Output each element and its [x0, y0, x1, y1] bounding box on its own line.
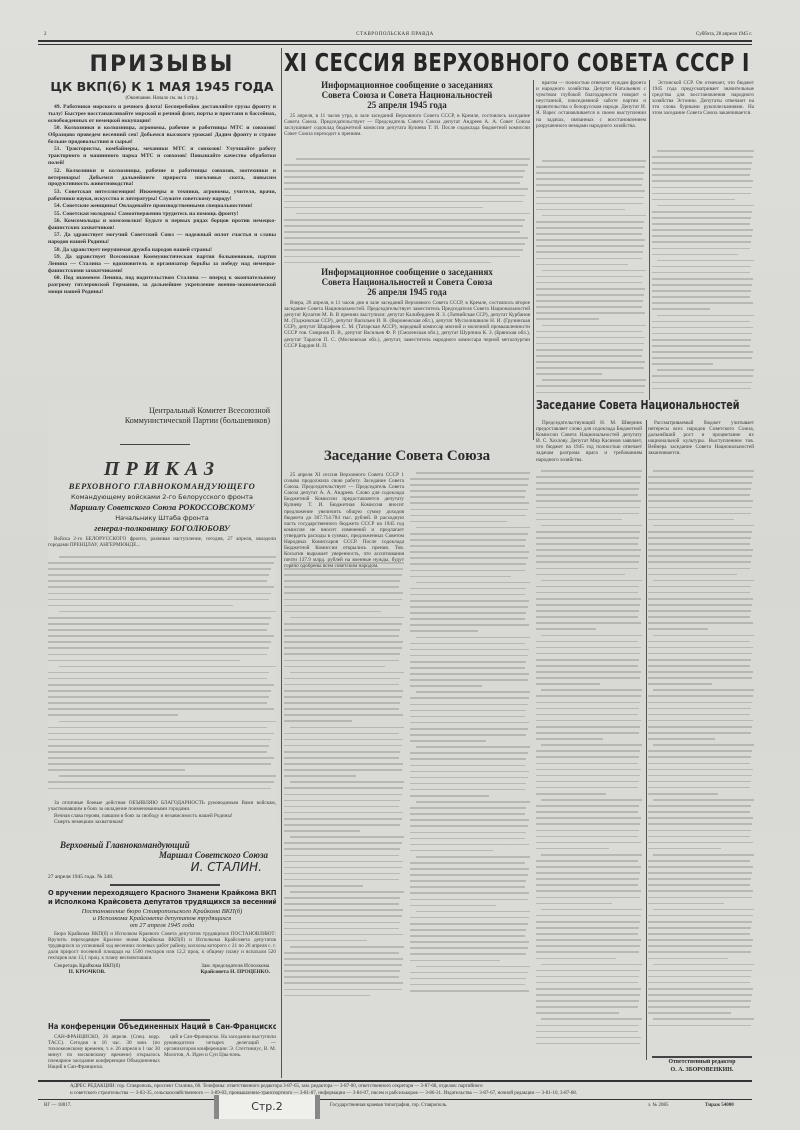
divider	[120, 1019, 210, 1021]
session-union-col-1	[284, 562, 404, 1002]
header-rule	[38, 40, 752, 42]
sig-left-name: П. КРЮЧКОВ.	[54, 969, 120, 975]
appeal-item: 57. Да здравствует могучий Советский Сою…	[48, 232, 276, 246]
far-right-top-text: Эстонской ССР. Он отмечает, что бюджет 1…	[652, 80, 754, 117]
conference-col-1: САН-ФРАНЦИСКО, 26 апреля. (Спец. корр. Т…	[48, 1034, 160, 1071]
appeal-item: 55. Советская молодежь! Самоотверженно т…	[48, 211, 276, 218]
info-1-block: Информационное сообщение о заседаниях Со…	[284, 80, 530, 270]
order-opening-text: Войска 2-го БЕЛОРУССКОГО фронта, развива…	[48, 536, 276, 548]
far-right-top: Эстонской ССР. Он отмечает, что бюджет 1…	[652, 80, 754, 117]
info-2-title-3: 26 апреля 1945 года	[284, 287, 530, 297]
appeal-item: 59. Да здравствует Всесоюзная Коммунисти…	[48, 254, 276, 275]
editor-block: Ответственный редактор О. А. ЗБОРОВЕНКИН…	[652, 1059, 752, 1081]
order-line5: генерал-полковнику БОГОЛЮБОВУ	[48, 523, 276, 533]
session-nat-left-continued	[536, 470, 642, 1050]
order-opening: Войска 2-го БЕЛОРУССКОГО фронта, развива…	[48, 536, 276, 548]
info-1-body-continued	[284, 158, 530, 268]
order-body-text	[48, 556, 276, 796]
mid-right-top-text: врагом — полностью отвечает нуждам фронт…	[536, 80, 646, 129]
banner-body: Бюро Крайкома ВКП(б) и Исполком Краевого…	[48, 931, 276, 961]
info-1-body: 25 апреля, в 11 часов утра, в зале засед…	[284, 113, 530, 137]
appeal-item: 53. Советская интеллигенция! Инженеры и …	[48, 189, 276, 203]
banner-sig-left: Секретарь Крайкома ВКП(б) П. КРЮЧКОВ.	[54, 963, 120, 975]
info-2-body-text: Вчера, 26 апреля, в 11 часов дня в зале …	[284, 300, 530, 349]
session-nat-right: Рассматриваемый бюджет учитывает интерес…	[648, 420, 754, 457]
appeal-item: 51. Трактористы, комбайнеры, механики МТ…	[48, 146, 276, 167]
conference-col-2: ций в Сан-Франциско. На заседании выступ…	[164, 1034, 276, 1071]
session-nat-title-block: Заседание Совета Национальностей	[536, 398, 754, 420]
appeal-item: 49. Работники морского и речного флота! …	[48, 104, 276, 125]
appeals-signature-2: Коммунистической Партии (большевиков)	[48, 416, 276, 425]
column-rule	[533, 80, 534, 440]
far-right-continued	[652, 150, 754, 400]
info-2-block: Информационное сообщение о заседаниях Со…	[284, 267, 530, 457]
appeal-item: 52. Колхозники и колхозницы, рабочие и р…	[48, 168, 276, 189]
sig-right-name: Крайсовета Н. ПРОЦЕНКО.	[200, 969, 270, 975]
newspaper-name: СТАВРОПОЛЬСКАЯ ПРАВДА	[38, 32, 752, 37]
banner-block: О вручении переходящего Красного Знамени…	[48, 888, 276, 1018]
order-line3: Маршалу Советского Союза РОКОССОВСКОМУ	[48, 502, 276, 512]
info-1-body-text: 25 апреля, в 11 часов утра, в зале засед…	[284, 113, 530, 137]
appeals-subtitle: ЦК ВКП(б) К 1 МАЯ 1945 ГОДА	[48, 79, 276, 94]
footer-circulation: Тираж 54000	[705, 1103, 734, 1108]
column-rule	[646, 420, 647, 1060]
session-nat-title: Заседание Совета Национальностей	[536, 398, 710, 412]
info-1-title-2: Совета Союза и Совета Национальностей	[284, 90, 530, 100]
session-union-col-2	[410, 472, 530, 1002]
column-rule	[649, 80, 650, 400]
conference-col-1-text: САН-ФРАНЦИСКО, 26 апреля. (Спец. корр. Т…	[48, 1034, 160, 1071]
order-sign-title2: Маршал Советского Союза	[48, 850, 276, 860]
banner-title-1: О вручении переходящего Красного Знамени…	[48, 888, 276, 897]
banner-title-2: и Исполкома Крайсовета депутатов трудящи…	[48, 897, 276, 906]
order-closing-2: Вечная слава героям, павшим в боях за св…	[48, 813, 276, 819]
appeals-signature-block: Центральный Комитет Всесоюзной Коммунист…	[48, 398, 276, 458]
session-union-text-p: 25 апреля XI сессия Верховного Совета СС…	[284, 472, 404, 570]
order-sign-name: И. СТАЛИН.	[48, 860, 276, 874]
order-closing-3: Смерть немецким захватчикам!	[48, 819, 276, 825]
footer-rule-thin	[38, 1099, 752, 1100]
appeals-list: 49. Работники морского и речного флота! …	[48, 104, 276, 296]
banner-body-text: Бюро Крайкома ВКП(б) и Исполком Краевого…	[48, 931, 276, 961]
appeal-item: 54. Советские женщины! Овладевайте произ…	[48, 203, 276, 210]
main-headline: XI СЕССИЯ ВЕРХОВНОГО СОВЕТА СССР I СОЗЫВ…	[284, 48, 655, 77]
banner-sub-1: Постановление бюро Ставропольского Крайк…	[48, 908, 276, 915]
divider	[120, 444, 190, 445]
footer-rule	[38, 1080, 752, 1082]
conference-block: На конференции Объединенных Наций в Сан-…	[48, 1022, 276, 1078]
session-nat-right-continued	[648, 470, 754, 1032]
mid-right-column: врагом — полностью отвечает нуждам фронт…	[536, 80, 646, 400]
banner-sub-3: от 27 апреля 1945 года	[48, 922, 276, 929]
order-line1: ВЕРХОВНОГО ГЛАВНОКОМАНДУЮЩЕГО	[48, 481, 276, 491]
conference-col-2-text: ций в Сан-Франциско. На заседании выступ…	[164, 1034, 276, 1058]
main-headline-block: XI СЕССИЯ ВЕРХОВНОГО СОВЕТА СССР I СОЗЫВ…	[284, 48, 754, 78]
banner-signatures: Секретарь Крайкома ВКП(б) П. КРЮЧКОВ. За…	[48, 963, 276, 975]
conference-columns: САН-ФРАНЦИСКО, 26 апреля. (Спец. корр. Т…	[48, 1034, 276, 1071]
session-union-title: Заседание Совета Союза	[284, 448, 530, 465]
appeals-title: ПРИЗЫВЫ	[48, 52, 276, 77]
appeals-signature-1: Центральный Комитет Всесоюзной	[48, 406, 276, 415]
footer-code: ВГ — 18017.	[44, 1103, 71, 1108]
session-nat-left: Председательствующий Н. М. Шверник предо…	[536, 420, 642, 463]
mid-right-continued	[536, 160, 646, 400]
mid-right-top: врагом — полностью отвечает нуждам фронт…	[536, 80, 646, 129]
order-line2: Командующему войсками 2-го Белорусского …	[48, 493, 276, 501]
order-title: ПРИКАЗ	[48, 458, 276, 481]
order-closing: За отличные боевые действия ОБЪЯВЛЯЮ БЛА…	[48, 800, 276, 826]
conference-title: На конференции Объединенных Наций в Сан-…	[48, 1022, 258, 1031]
session-nat-left-text: Председательствующий Н. М. Шверник предо…	[536, 420, 642, 463]
order-block: ПРИКАЗ ВЕРХОВНОГО ГЛАВНОКОМАНДУЮЩЕГО Ком…	[48, 458, 276, 888]
divider	[652, 1056, 752, 1058]
newspaper-page: 2 СТАВРОПОЛЬСКАЯ ПРАВДА Суббота, 28 апре…	[0, 0, 800, 1130]
header-rule-thin	[38, 44, 752, 45]
page-stamp: Стр.2	[214, 1095, 320, 1119]
editor-label: Ответственный редактор	[652, 1059, 752, 1065]
appeal-item: 60. Под знаменем Ленина, под водительств…	[48, 275, 276, 296]
session-union-body: 25 апреля XI сессия Верховного Совета СС…	[284, 472, 530, 1012]
order-sign-title1: Верховный Главнокомандующий	[48, 840, 276, 850]
footer-printer: Государственная краевая типография, гор.…	[330, 1103, 447, 1108]
session-nat-right-text: Рассматриваемый бюджет учитывает интерес…	[648, 420, 754, 457]
order-closing-1: За отличные боевые действия ОБЪЯВЛЯЮ БЛА…	[48, 800, 276, 812]
order-date: 27 апреля 1945 года. № 348.	[48, 874, 276, 880]
session-nat-body: Председательствующий Н. М. Шверник предо…	[536, 420, 754, 1060]
appeal-item: 50. Колхозники и колхозницы, агрономы, р…	[48, 125, 276, 146]
info-2-body: Вчера, 26 апреля, в 11 часов дня в зале …	[284, 300, 530, 349]
info-1-title-3: 25 апреля 1945 года	[284, 100, 530, 110]
column-rule	[281, 48, 282, 1078]
order-line4: Начальнику Штаба фронта	[48, 514, 276, 522]
info-2-title-2: Совета Национальностей и Совета Союза	[284, 277, 530, 287]
session-union-text: 25 апреля XI сессия Верховного Совета СС…	[284, 472, 404, 570]
appeal-item: 58. Да здравствует нерушимая дружба наро…	[48, 247, 276, 254]
editor-name: О. А. ЗБОРОВЕНКИН.	[652, 1067, 752, 1073]
info-1-title-1: Информационное сообщение о заседаниях	[284, 80, 530, 90]
far-right-column: Эстонской ССР. Он отмечает, что бюджет 1…	[652, 80, 754, 400]
footer-address: АДРЕС РЕДАКЦИИ: гор. Ставрополь, проспек…	[70, 1084, 750, 1097]
address-line-2: и советского строительства — 3-83-35, се…	[70, 1091, 750, 1098]
banner-sub-2: и Исполкома Крайсовета депутатов трудящи…	[48, 915, 276, 922]
appeals-note: (Окончание. Начало см. на 1 стр.).	[48, 96, 276, 101]
appeal-item: 56. Комсомольцы и комсомолки! Будьте в п…	[48, 218, 276, 232]
banner-sig-right: Зам. председателя Исполкома Крайсовета Н…	[200, 963, 270, 975]
divider	[110, 884, 220, 886]
issue-date: Суббота, 28 апреля 1945 г.	[696, 32, 752, 37]
footer-order-no: з. № 2085	[648, 1103, 669, 1108]
info-2-title-1: Информационное сообщение о заседаниях	[284, 267, 530, 277]
